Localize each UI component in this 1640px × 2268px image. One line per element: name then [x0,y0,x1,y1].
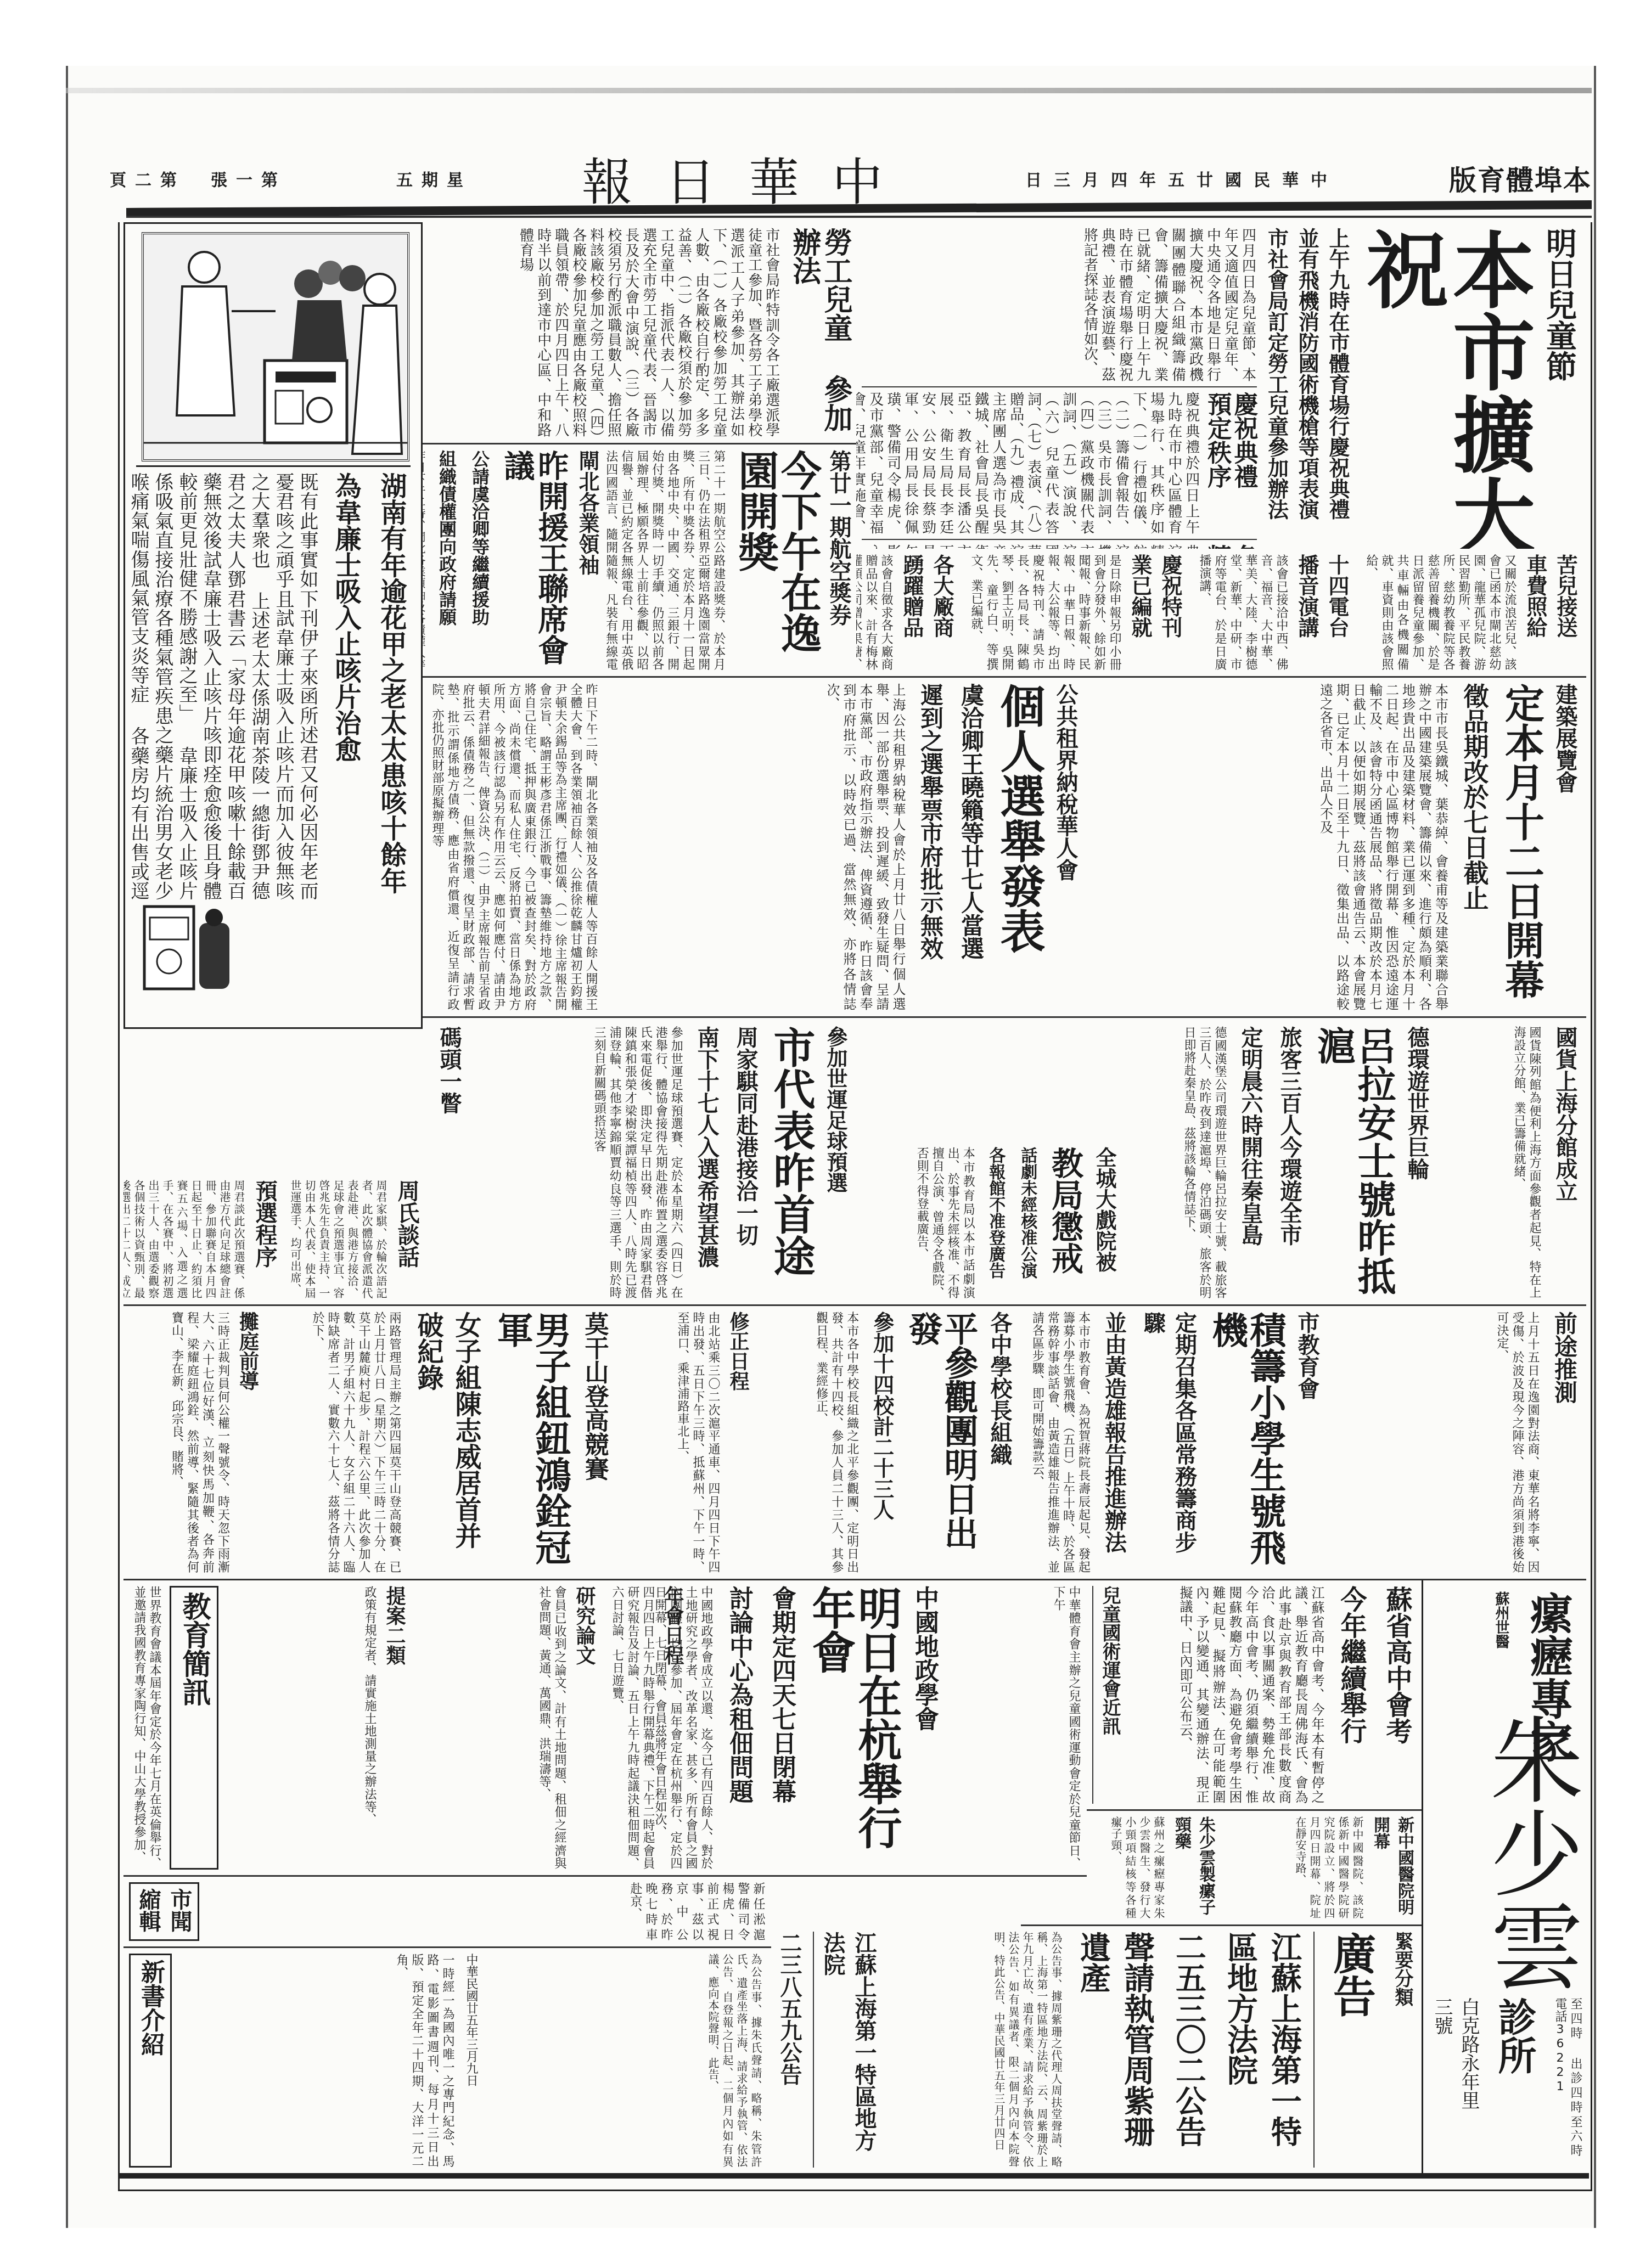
article-headline: 兒童國術運會近訊 [1092,1586,1124,1804]
article-headline: 今年繼續舉行 [1333,1586,1371,1804]
article-headline: 呂拉安士號昨抵滬 [1313,1026,1394,1299]
article-zhabei-continued: 昨日下午二時、閘北各業領袖及各債權人等百餘人開援王全體大會、到各業領袖百餘人、公… [423,678,604,1018]
article-football: 參加世運足球預選 市代表昨首途 周家騏同赴港接洽一切 南下十七人入選希望甚濃 參… [428,1021,856,1306]
court-notice-body: 為公告事、據周紫珊之代理人周扶堂聲請、略稱、上海第一特區地方法院、云、周紫珊於上… [888,1932,1063,2168]
section-body: 市社會局昨特訓令各工廠選派學徒童工參加、暨各勞工子弟學校選派工人子弟參加、其辦法… [428,228,780,437]
land-society-papers: 研究論文 會員已收到之論文、計有土地問題、租佃之經濟與社會問題、黃通、萬國鼎、洪… [123,1580,604,1877]
article-election: 公共租界納稅華人會 個人選舉發表 虞洽卿王曉籟等廿七人當選 遲到之選舉票市府批示… [604,678,1087,1018]
section-title: 修正日程 [724,1312,752,1391]
article-kicker: 莫干山登高競賽 [577,1312,612,1573]
court-notices: 緊要分類 廣告 江蘇上海第一特區地方法院 二五三〇二公告 聲請執管周紫珊遺產 為… [768,1926,1422,2173]
article-subhead: 旅客三百人今環遊全市 [1274,1026,1305,1299]
section-title: 周氏談話 [391,1180,423,1268]
edu-brief-title: 教育簡訊 [170,1586,218,1870]
court-notice-title: 聲請執管周紫珊遺產 [1071,1932,1159,2168]
article-subhead: 定期召集各區常務籌商步驟 [1137,1312,1200,1573]
court-name: 江蘇上海第一特區地方法院 [1218,1932,1306,2168]
section-leaders: 攤庭前導 三時正裁判員何公權一聲號令、時天忽下雨漸大、六十七位好漢、立刻快馬加鞭… [129,1312,261,1573]
section-body: 由北站乘三〇二次滬平通車、四月四日下午四時出發、五日下午三時、抵蘇州、下午一時、… [620,1312,721,1573]
section-body: 該會已接洽中西、佛音、福音、大中華、華美、大陸、李樹德堂、新華、中研、市府等電台… [1197,554,1289,671]
ad-illustration [142,232,409,462]
section-title: 碼頭一瞥 [434,1026,465,1114]
article-body: 本市市長吳鐵城、葉恭綽、會養甫等及建築業聯合舉辦之中國建築展覽會、籌備以來、進行… [1092,683,1448,1011]
scan-shadow [66,88,1592,93]
section-title: 苦兒接送 車費照給 [1520,554,1581,671]
court-notice-number-2: 二三八五九公告 [774,1932,805,2168]
article-kicker: 建築展覽會 [1549,683,1581,1011]
article-body: 國貨陳列館為便利上海方面參觀者起見、特在上海設立分館、業已籌備就緒、 [1444,1026,1542,1299]
children-day-sections-row: 苦兒接送 車費照給 又關於流浪苦兒、該會已函本市閘北慈幼園、龍華孤兒院、游民習勤… [856,549,1586,678]
section-pickup: 苦兒接送 車費照給 又關於流浪苦兒、該會已函本市閘北慈幼園、龍華孤兒院、游民習勤… [1363,554,1581,671]
article-body: 參加世運足球預選賽、定於本星期六（四日）在港舉行、體協會接得先期赴港佈置之選委容… [473,1026,683,1299]
article-zhabei-meeting: 閘北各業領袖 昨開援王聯席會議 公請虞洽卿等繼續援助 組織債權團向政府請願 昨日… [423,444,604,678]
article-headline: 新中國醫院明開幕 [1368,1816,1416,1919]
article-kicker: 公共租界納稅華人會 [1050,683,1081,1011]
ad-doctor-name: 朱少雲 [1462,1712,1586,1992]
section-proposals: 提案二類 政策有規定者、請實施土地測量之辦法等、 [226,1586,408,1870]
section-title: 慶祝特刊 業已編就 [1125,554,1186,671]
section-ceremony: 慶祝典禮 預定秩序 慶祝典禮於四日上午九時在市中心區體育場舉行、其秩序如下、（一… [862,392,1257,534]
article-headline: 定本月十二日開幕 [1500,683,1542,1011]
people-with-medicine-box-illustration [144,234,407,459]
section-body: 又關於流浪苦兒、該會已函本市閘北慈幼園、龍華孤兒院、游民習勤所、平民教養所、慈幼… [1363,554,1517,671]
article-headline: 昨開援王聯席會議 [500,450,568,671]
section-title: 提案二類 [380,1586,408,1665]
article-headline: 教局懲戒 [1047,1147,1082,1299]
article-body: 本市各中學校長組織之北平參觀團、定明日出發、共計有十四校、參加人員二十三人、其參… [763,1312,860,1573]
article-mogan-race: 修正日程 由北站乘三〇二次滬平通車、四月四日下午四時出發、五日下午三時、抵蘇州、… [123,1306,757,1580]
article-body: 中國地政學會成立以還、迄今已有四百餘人、對於土地研究之學者、改革名家、甚多、所有… [694,1586,714,1870]
classified-title: 廣告 [1313,1932,1381,2168]
page-label: 第二頁 [110,171,186,190]
section-body: 周君談此次預選賽、係由港方代向足球總會註冊、參加聯賽自本月四日起至十日止、約須比… [123,1180,246,1299]
article-labor-children: 勞工兒童 參加辦法 市社會局昨特訓令各工廠選派學徒童工參加、暨各勞工子弟學校選派… [423,222,856,444]
article-subhead: 討論中心為租佃問題 [721,1586,756,1870]
article-kicker: 蘇省高中會考 [1378,1586,1416,1804]
section-title: 十四電台 播音演講 [1292,554,1352,671]
page-bottom-rule [118,2173,1589,2179]
article-body: 昨日下午二時、閘北各業領袖及各債權人等百餘人開援王全體大會、到各業領袖百餘人、公… [428,683,598,1011]
section-revised-schedule: 修正日程 由北站乘三〇二次滬平通車、四月四日下午四時出發、五日下午三時、抵蘇州、… [620,1312,752,1573]
edition-label: 本埠體育版 [1449,159,1592,198]
city-news-brief: 新任淞滬警備司令楊虎、日前正式視事、茲以京中公務、於昨晚七時車赴京、 市聞縮輯 [123,1877,771,1948]
article-kicker: 市教育會 [1291,1312,1323,1573]
section-body: 四月四日上午九時舉行開幕典禮、下午二時起會員研究報告及討論、五日上午九時起議決租… [609,1586,655,1870]
court-name-2: 江蘇上海第一特區地方法院 [813,1932,880,2168]
article-body: 上海公共租界納稅華人會於上月廿八日舉行個人選舉、因一部份選舉票、投到遲緩、致發生… [609,683,906,1011]
ad-body: 既有此事實如下刊伊子來函所述君又何必因年老而憂君咳之頑乎且試韋廉士吸入止咳片而加… [136,472,319,901]
court-notice-2-date: 中華民國廿五年三月九日 [463,1954,480,2168]
masthead: 本埠體育版 中華民國廿五年四月三日 中華日報 星期五 第一張 第二頁 [110,156,1592,200]
article-kicker: 各中學校長組織 [984,1312,1015,1573]
article-body: 德國漢堡公司環遊世界巨輪呂拉安士號、載旅客三百人、於昨夜到達滬埠、停泊碼頭、旅客… [1131,1026,1227,1299]
section-title: 各大廠商 踴躍贈品 [897,554,957,671]
article-headline: 個人選舉發表 [995,683,1042,1011]
article-kicker: 全城大戲院被 [1089,1147,1120,1299]
article-national-goods: 國貨上海分館成立 國貨陳列館為便利上海方面參觀者起見、特在上海設立分館、業已籌備… [1438,1021,1586,1306]
section-papers: 研究論文 會員已收到之論文、計有土地問題、租佃之經濟與社會問題、黃通、萬國鼎、洪… [416,1586,598,1870]
city-news-title: 市聞縮輯 [129,1882,199,1941]
ads-medical-row: 新中國醫院明開幕 新中國醫院、該院係新中國醫學院研究院設立、將於四月四日開幕、院… [1021,1811,1422,1926]
article-subhead: 會期定四天七日閉幕 [764,1586,799,1870]
article-cinema-penalty: 全城大戲院被 教局懲戒 話劇未經核准公演 各報館不准登廣告 本市教育局以本市話劇… [856,1141,1125,1306]
article-subhead: 組織債權團向政府請願 [434,450,459,671]
weekday: 星期五 [396,166,472,190]
ad-clinic-label: 診所 [1487,1997,1542,2157]
article-subhead: 周家騏同赴港接洽一切 [730,1026,761,1299]
article-body: 第二十一期航空公路建設獎券、於本月三日、仍在法租界亞爾培路逸園當眾開獎、所有中獎… [609,450,726,671]
article-kicker: 第廿一期航空獎券 [827,450,851,671]
court-notice-number: 二五三〇二公告 [1166,1932,1210,2168]
article-principals-tour: 各中學校長組織 平參觀團明日出發 參加十四校計二十三人 本市各中學校長組織之北平… [757,1306,1021,1580]
article-headline: 國貨上海分館成立 [1549,1026,1581,1299]
ad-cough-remedy: 湖南有年逾花甲之老太太患咳十餘年 為韋廉士吸入止咳片治愈 既有此事實如下刊伊子來… [123,222,423,1029]
article-headline: 平參觀團明日出發 [905,1312,976,1573]
article-subhead: 徵品期改於七日截止 [1456,683,1492,1011]
article-jiangsu-exam: 蘇省高中會考 今年繼續舉行 江蘇省高中會考、今年本有暫停之議、舉近教育廳長周佛海… [1087,1580,1422,1811]
new-hospital: 新中國醫院明開幕 新中國醫院、該院係新中國醫學院研究院設立、將於四月四日開幕、院… [1225,1816,1416,1919]
section-body: 該會自徵求各大廠商贈品以來、計有梅林罐頭公司贈水果糖、五洲藥房贈固本肥皂、大東書… [856,554,894,671]
section-title: 前途推測 [1548,1312,1581,1573]
section-title: 攤庭前導 [233,1312,261,1391]
section-gifts: 各大廠商 踴躍贈品 該會自徵求各大廠商贈品以來、計有梅林罐頭公司贈水果糖、五洲藥… [856,554,957,671]
edu-brief-body: 世界教育會議本屆年會定於今年七月在英倫舉行、並邀請我國教育專家陶行知、中山大學教… [129,1586,162,1870]
section-body: 政策有規定者、請實施土地測量之辦法等、 [226,1586,377,1826]
section-body: 三時正裁判員何公權一聲號令、時天忽下雨漸大、六十七位好漢、立刻快馬加鞭、各奔前程… [129,1312,230,1573]
article-body: 四月四日為兒童節、本年又適值國定兒童年、中央通令各地是日舉行擴大慶祝、本市黨政機… [862,228,1257,382]
sheet-number: 第一張 第二頁 [110,166,287,190]
court-notice-2-body: 為公告事、據朱氏聲請、略稱、朱管許氏、遺產坐落上海、請求給予執管、依法公告、自登… [487,1954,763,2168]
section-pier: 碼頭一瞥 [434,1026,465,1299]
article-body: 本市教育局以本市話劇演出、於事先未經核准、不得擅自公演、曾通令各戲院、否則不得登… [862,1147,975,1299]
ad-headline: 湖南有年逾花甲之老太太患咳十餘年 [373,472,411,1027]
article-plane-fund: 市教育會 積籌小學生號飛機 定期召集各區常務籌商步驟 並由黃造雄報告推進辦法 本… [1021,1306,1328,1580]
section-title: 勞工兒童 參加辦法 [788,228,851,437]
section-special-issue: 慶祝特刊 業已編就 是日除申報另印小冊到會分發外、餘如新聞報、時事新報、民報、中… [968,554,1186,671]
zhu-medicine: 朱少雲製瘰子頸藥 蘇州之瘰癧專家朱少雲醫生、發行大小頸項結核等各種瘰子頸、 [1026,1816,1217,1919]
article-body: 蘇州之瘰癧專家朱少雲醫生、發行大小頸項結核等各種瘰子頸、 [1026,1816,1166,1919]
section-selection-process: 預選程序 周君談此次預選賽、係由港方代向足球總會註冊、參加聯賽自本月四日起至十日… [123,1180,280,1299]
section-title: 預選程序 [249,1180,280,1268]
ad-zhu-shaoyun: 瘰癧專家 蘇州世醫 朱少雲 專治男婦大小頸項結核各種瘰子頸或硬或軟酸痛成塊紅腫潰… [1422,1580,1586,2173]
new-books-and-notice: 為公告事、據朱氏聲請、略稱、朱管許氏、遺產坐落上海、請求給予執管、依法公告、自登… [123,1948,768,2173]
article-subhead: 遲到之選舉票市府批示無效 [914,683,947,1011]
medicine-package-icon [142,885,235,994]
article-kicker: 參加世運足球預選 [821,1026,851,1299]
article-subhead: 女子組陳志威居首并破紀錄 [409,1312,485,1573]
article-subhead: 虞洽卿王曉籟等廿七人當選 [954,683,987,1011]
article-subhead: 公請虞洽卿等繼續援助 [467,450,492,671]
section-zhou-remarks: 周氏談話 周君家騏、於輪次語記者、此次體協會派遣代表赴港、與港方接洽、足球會之預… [288,1180,423,1299]
article-headline: 積籌小學生號飛機 [1207,1312,1284,1573]
masthead-rule-thin [126,216,1592,218]
section-body: 上月十五日在逸園對法商、東華名將李寧、因受傷、於波及現今之陣容、港方尚須到港後始… [1334,1312,1540,1573]
article-subhead: 並由黃造雄報告推進辦法 [1098,1312,1130,1573]
section-broadcast: 十四電台 播音演講 該會已接洽中西、佛音、福音、大中華、華美、大陸、李樹德堂、新… [1197,554,1352,671]
section-body: 會員已收到之論文、計有土地問題、租佃之經濟與社會問題、黃通、萬國鼎、洪瑞濤等、 [416,1586,567,1870]
article-construction-expo: 建築展覽會 定本月十二日開幕 徵品期改於七日截止 本市市長吳鐵城、葉恭綽、會養甫… [1087,678,1586,1018]
classified-label: 緊要分類 [1389,1932,1416,2168]
section-body: 周君家騏、於輪次語記者、此次體協會派遣代表赴港、與港方接洽、足球會之預選事宜、容… [288,1180,388,1299]
article-outlook: 前途推測 上月十五日在逸園對法商、東華名將李寧、因受傷、於波及現今之陣容、港方尚… [1328,1306,1586,1580]
article-kicker: 中國地政學會 [907,1586,942,1870]
article-subhead: 參加十四校計二十三人 [867,1312,897,1573]
article-body: 新中國醫院、該院係新中國醫學院研究院設立、將於四月四日開幕、院址在靜安寺路、 [1225,1816,1364,1919]
article-headline: 朱少雲製瘰子頸藥 [1169,1816,1217,1919]
article-body: 江蘇省高中會考、今年本有暫停之議、舉近教育廳長周佛海氏、會為此事赴京與教育部王部… [1131,1586,1325,1804]
article-subhead: 話劇未經核准公演 [1015,1147,1039,1299]
article-aviation-lottery: 第廿一期航空獎券 今下午在逸園開獎 第二十一期航空公路建設獎券、於本月三日、仍在… [604,444,856,678]
article-headline: 男子組鈕鴻銓冠軍 [493,1312,569,1573]
football-sections: 周氏談話 周君家騏、於輪次語記者、此次體協會派遣代表赴港、與港方接洽、足球會之預… [123,1174,428,1306]
section-title: 研究論文 [570,1586,598,1665]
ad-service-details: 專治男婦大小頸項結核各種瘰子頸或硬或軟酸痛成塊紅腫潰爛等症 門診下午一時至四時 … [1547,1997,1586,2157]
sheet-label: 第一張 [211,171,287,190]
ad-address: 白克路永年里三號 [1429,1997,1482,2124]
article-kicker: 德環遊世界巨輪 [1401,1026,1433,1299]
article-headline: 今下午在逸園開獎 [734,450,819,671]
article-subhead: 南下十七人入選希望甚濃 [691,1026,722,1299]
issue-date: 中華民國廿五年四月三日 [1025,166,1339,190]
article-body: 兩路管理局主辦之第四屆莫干山登高競賽、已於上月廿八日（星期六）下午三時二十分、在… [269,1312,401,1573]
ad-subhead: 為韋廉士吸入止咳片治愈 [327,472,365,1027]
article-subhead: 定明晨六時開往秦皇島 [1235,1026,1266,1299]
article-kicker: 閘北各業領袖 [575,450,598,671]
section-body: 是日除申報另印小冊到會分發外、餘如新聞報、時事新報、民報、中華日報、時報、大公報… [968,554,1122,671]
article-subhead: 各報館不准登廣告 [983,1147,1007,1299]
article-body: 新任淞滬警備司令楊虎、日前正式視事、茲以京中公務、於昨晚七時車赴京、 [207,1882,766,1941]
article-headline: 明日在杭舉行年會 [807,1586,899,1870]
article-body: 本市市教育會、為祝賀蔣院長壽辰起見、發起籌募小學生號飛機、（五日）上午十時、於各… [1026,1312,1091,1573]
new-books-body: 一時經一為國內唯一之專門紀念、馬路、電影圖書週刊、每月十三日出版、預定全年二十四… [179,1954,455,2168]
section-body: 慶祝典禮於四日上午九時在市中心區體育場舉行、其秩序如下、（一）行禮如儀、（二）籌… [862,392,1200,534]
article-headline: 市代表昨首途 [769,1026,813,1299]
section-title: 慶祝典禮 預定秩序 [1204,392,1257,534]
new-books-title: 新書介紹 [129,1954,172,2168]
article-german-liner: 德環遊世界巨輪 呂拉安士號昨抵滬 旅客三百人今環遊全市 定明晨六時開往秦皇島 德… [1125,1021,1438,1306]
article-land-society: 中華體育會主辦之兒童國術運動會定於兒童節日、下午 中國地政學會 明日在杭舉行年會… [604,1580,1087,1877]
